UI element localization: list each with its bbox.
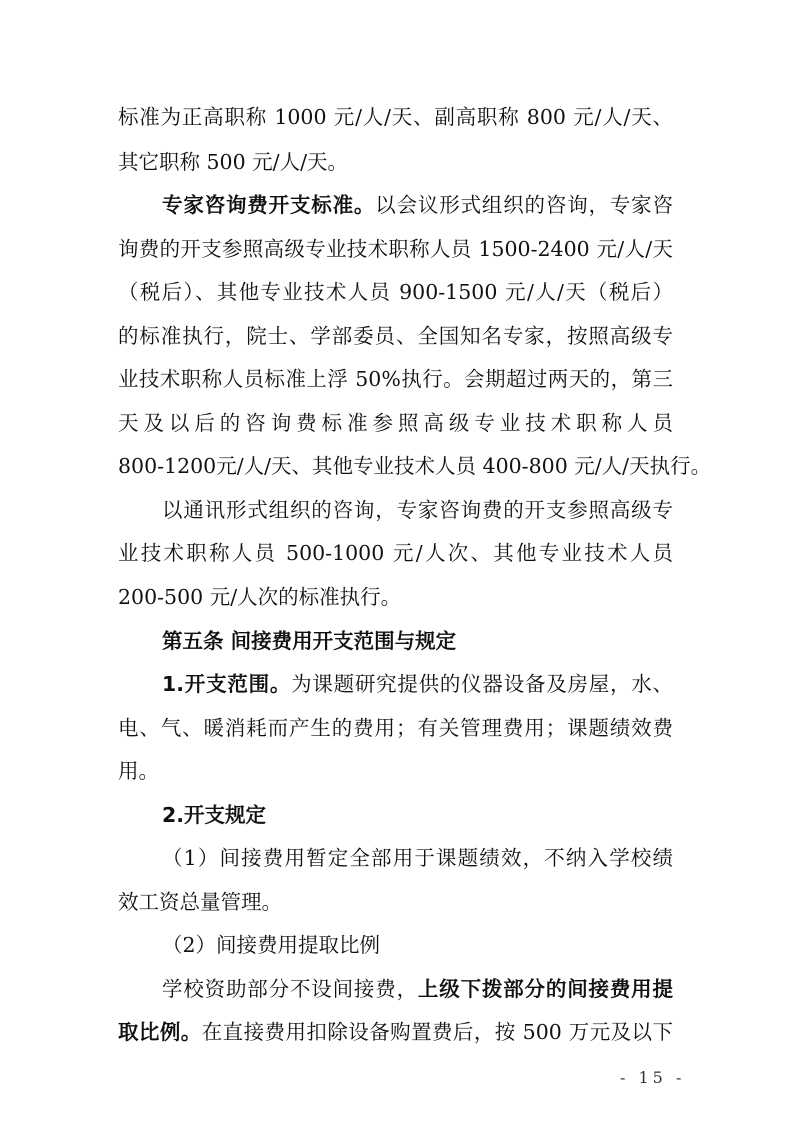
text-line: 200-500 元/人次的标准执行。 [118, 582, 673, 612]
text-line: 取比例。在直接费用扣除设备购置费后，按 500 万元及以下 [118, 1017, 673, 1047]
subheading-rules: 2.开支规定 [162, 800, 673, 830]
text-run: 为课题研究提供的仪器设备及房屋，水、 [291, 672, 673, 696]
text-line: （2）间接费用提取比例 [162, 930, 673, 960]
text-line: 电、气、暖消耗而产生的费用；有关管理费用；课题绩效费 [118, 713, 673, 743]
text-run: 以会议形式组织的咨询，专家咨 [375, 193, 673, 217]
text-run: 在直接费用扣除设备购置费后，按 500 万元及以下 [202, 1020, 673, 1044]
text-line: 以通讯形式组织的咨询，专家咨询费的开支参照高级专 [162, 495, 673, 525]
section-heading-article-5: 第五条 间接费用开支范围与规定 [162, 626, 673, 656]
text-line: 询费的开支参照高级专业技术职称人员 1500-2400 元/人/天 [118, 234, 673, 264]
paragraph-scope: 1.开支范围。为课题研究提供的仪器设备及房屋，水、 [162, 669, 673, 699]
text-line: （税后）、其他专业技术人员 900-1500 元/人/天（税后） [118, 277, 673, 307]
text-line: 的标准执行，院士、学部委员、全国知名专家，按照高级专 [118, 321, 673, 351]
text-line: 其它职称 500 元/人/天。 [118, 147, 673, 177]
text-line: 标准为正高职称 1000 元/人/天、副高职称 800 元/人/天、 [118, 102, 673, 132]
bold-run: 取比例。 [118, 1020, 202, 1044]
bold-run: 上级下拨部分的间接费用提 [418, 977, 673, 1001]
text-line: 效工资总量管理。 [118, 887, 673, 917]
bold-heading: 2.开支规定 [162, 803, 266, 827]
text-line: 用。 [118, 756, 673, 786]
text-line: （1）间接费用暂定全部用于课题绩效，不纳入学校绩 [162, 843, 673, 873]
text-run: 学校资助部分不设间接费， [162, 977, 418, 1001]
paragraph-expert-fee: 专家咨询费开支标准。以会议形式组织的咨询，专家咨 [162, 190, 673, 220]
page-number: - 15 - [620, 1068, 685, 1087]
bold-heading: 第五条 间接费用开支范围与规定 [162, 629, 456, 653]
text-line: 800-1200元/人/天、其他专业技术人员 400-800 元/人/天执行。 [118, 451, 673, 481]
text-line: 业技术职称人员标准上浮 50%执行。会期超过两天的，第三 [118, 364, 673, 394]
bold-heading: 1.开支范围。 [162, 672, 291, 696]
text-line: 业技术职称人员 500-1000 元/人次、其他专业技术人员 [118, 538, 673, 568]
bold-heading: 专家咨询费开支标准。 [162, 193, 375, 217]
text-line: 天及以后的咨询费标准参照高级专业技术职称人员 [118, 408, 673, 438]
paragraph-ratio: 学校资助部分不设间接费，上级下拨部分的间接费用提 [162, 974, 673, 1004]
